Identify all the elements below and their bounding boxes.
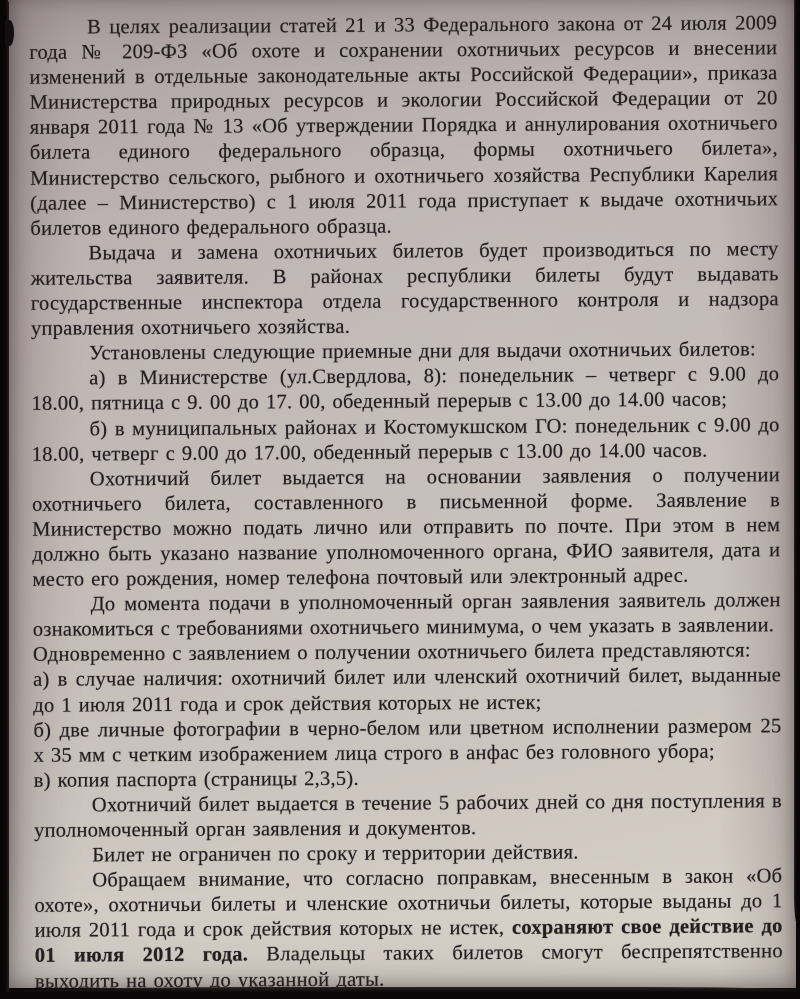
- document-photo: В целях реализации статей 21 и 33 Федера…: [0, 0, 800, 999]
- document-text: В целях реализации статей 21 и 33 Федера…: [5, 0, 799, 995]
- paragraph: Выдача и замена охотничьих билетов будет…: [30, 237, 779, 342]
- photo-edge-right: [794, 0, 800, 925]
- photo-edge-bottom: [0, 987, 800, 999]
- paragraph: Охотничий билет выдается на основании за…: [32, 463, 781, 593]
- paragraph: а) в Министерстве (ул.Свердлова, 8): пон…: [31, 363, 779, 418]
- paragraph-text: В целях реализации статей 21 и 33 Федера…: [29, 12, 778, 239]
- photo-edge-left: [0, 0, 9, 999]
- paragraph-text: а) в Министерстве (ул.Свердлова, 8): пон…: [31, 364, 779, 416]
- paragraph: Охотничий билет выдается в течение 5 раб…: [34, 789, 782, 844]
- paragraph-text: б) в муниципальных районах и Костомукшск…: [32, 414, 780, 466]
- paragraph-text: Охотничий билет выдается на основании за…: [32, 464, 780, 591]
- paragraph: В целях реализации статей 21 и 33 Федера…: [29, 11, 778, 241]
- paragraph-text: Охотничий билет выдается в течение 5 раб…: [34, 790, 782, 842]
- paragraph: Обращаем внимание, что согласно поправка…: [34, 864, 783, 994]
- paragraph: б) в муниципальных районах и Костомукшск…: [32, 413, 780, 468]
- paragraph-text: Билет не ограничен по сроку и территории…: [92, 842, 579, 867]
- paragraph-text: Выдача и замена охотничьих билетов будет…: [31, 238, 779, 340]
- paragraph-text: До момента подачи в уполномоченный орган…: [33, 589, 781, 641]
- paragraph-text: Установлены следующие приемные дни для в…: [89, 339, 756, 365]
- paragraph: До момента подачи в уполномоченный орган…: [33, 588, 781, 643]
- paragraph: б) две личные фотографии в черно-белом и…: [33, 714, 781, 769]
- paragraph-text: б) две личные фотографии в черно-белом и…: [33, 715, 781, 767]
- paragraph-text: Одновременно с заявлением о получении ох…: [33, 640, 751, 666]
- photo-edge-notch: [5, 20, 14, 46]
- paragraph-text: в) копия паспорта (страницы 2,3,5).: [34, 768, 359, 792]
- paragraph-text: а) в случае наличия: охотничий билет или…: [33, 665, 781, 717]
- paragraph: а) в случае наличия: охотничий билет или…: [33, 664, 781, 719]
